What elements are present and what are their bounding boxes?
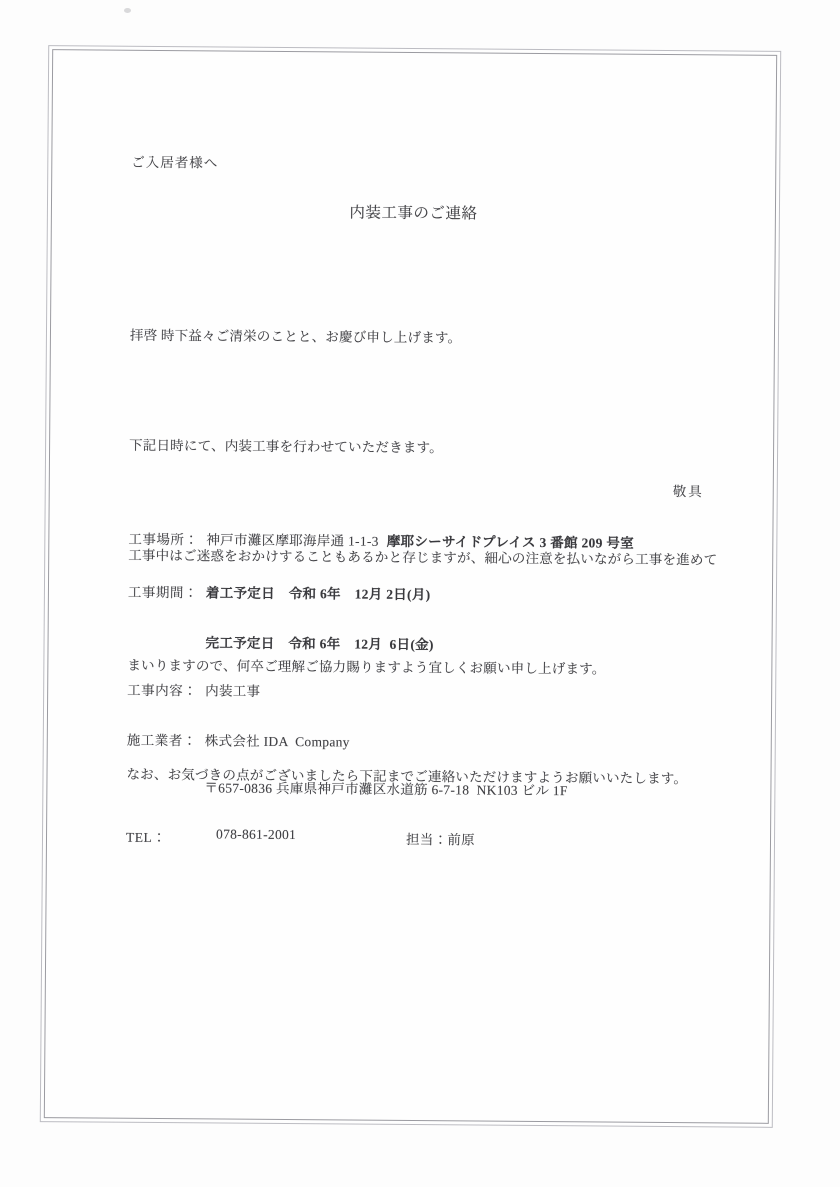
body-line: 拝啓 時下益々ご清栄のことと、お慶び申し上げます。 (130, 318, 750, 359)
scanned-letter-page: { "document": { "recipient": "ご入居者様へ", "… (0, 0, 840, 1187)
letter-title: 内装工事のご連絡 (48, 198, 779, 226)
detail-row-contractor-address: 〒657-0836 兵庫県神戸市灘区水道筋 6-7-18 NK103 ビル 1F (126, 776, 754, 829)
detail-row-tel: TEL： 078-861-2001 担当：前原 (125, 826, 754, 911)
recipient-line: ご入居者様へ (131, 151, 218, 172)
content-value: 内装工事 (205, 679, 260, 699)
letter-border-frame: ご入居者様へ 内装工事のご連絡 拝啓 時下益々ご清栄のことと、お慶び申し上げます… (40, 45, 781, 1128)
scan-artifact-dot (124, 8, 131, 13)
body-line: 下記日時にて、内装工事を行わせていただきます。 (129, 428, 749, 469)
period-start-date: 着工予定日 令和 6年 12月 2日(月) (206, 581, 431, 603)
location-label: 工事場所： (128, 528, 198, 549)
period-label: 工事期間： (128, 581, 198, 602)
location-address: 神戸市灘区摩耶海岸通 1-1-3 (206, 532, 379, 548)
contact-name: 前原 (447, 832, 475, 847)
contact-label: 担当： (406, 832, 448, 847)
tel-number: 078-861-2001 (216, 826, 296, 843)
content-label: 工事内容： (127, 679, 197, 700)
detail-row-period-end: 完工予定日 令和 6年 12月 6日(金) (127, 631, 755, 684)
tel-label: TEL： (126, 826, 166, 846)
contractor-name: 株式会社 IDA Company (205, 729, 350, 750)
period-end-date: 完工予定日 令和 6年 12月 6日(金) (205, 631, 433, 653)
closing-keigu: 敬具 (673, 480, 704, 500)
contractor-address: 〒657-0836 兵庫県神戸市灘区水道筋 6-7-18 NK103 ビル 1F (204, 776, 567, 799)
location-building: 摩耶シーサイドプレイス 3 番館 209 号室 (387, 534, 634, 551)
contractor-label: 施工業者： (127, 729, 197, 750)
location-value: 神戸市灘区摩耶海岸通 1-1-3摩耶シーサイドプレイス 3 番館 209 号室 (206, 528, 634, 551)
contact-person: 担当：前原 (406, 828, 475, 849)
